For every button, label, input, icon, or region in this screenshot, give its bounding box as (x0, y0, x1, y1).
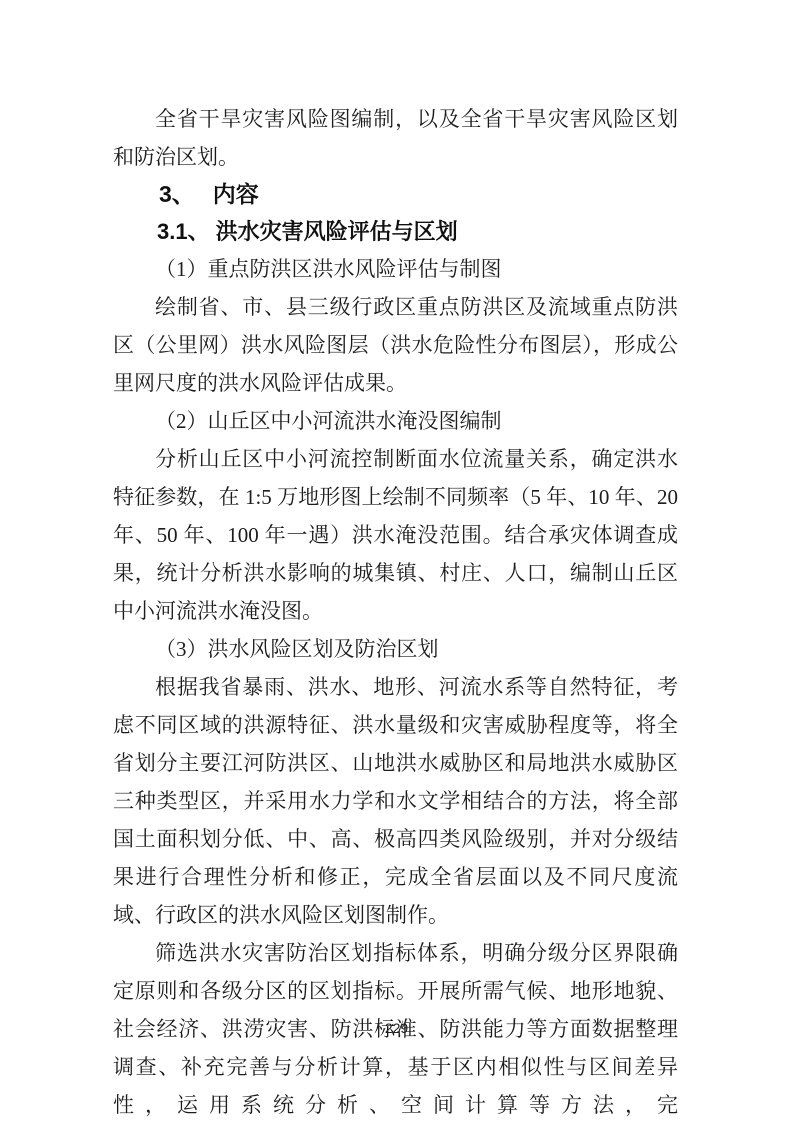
section-3-heading: 3、内容 (113, 176, 678, 213)
page-footer: 229 (0, 1020, 793, 1036)
item-2-paragraph: 分析山丘区中小河流控制断面水位流量关系，确定洪水特征参数，在 1:5 万地形图上… (113, 440, 678, 630)
item-3-paragraph-1: 根据我省暴雨、洪水、地形、河流水系等自然特征，考虑不同区域的洪源特征、洪水量级和… (113, 668, 678, 934)
section-3-heading-number: 3、 (159, 181, 195, 207)
item-1-caption: （1）重点防洪区洪水风险评估与制图 (113, 250, 678, 288)
section-3-1-heading: 3.1、洪水灾害风险评估与区划 (113, 213, 678, 250)
document-body: 全省干旱灾害风险图编制，以及全省干旱灾害风险区划和防治区划。 3、内容 3.1、… (113, 100, 678, 1122)
page-number: 229 (385, 1020, 408, 1036)
item-1-paragraph: 绘制省、市、县三级行政区重点防洪区及流域重点防洪区（公里网）洪水风险图层（洪水危… (113, 288, 678, 402)
section-3-1-heading-number: 3.1、 (157, 219, 210, 244)
item-2-caption: （2）山丘区中小河流洪水淹没图编制 (113, 402, 678, 440)
intro-paragraph: 全省干旱灾害风险图编制，以及全省干旱灾害风险区划和防治区划。 (113, 100, 678, 176)
section-3-heading-title: 内容 (213, 181, 259, 207)
item-3-caption: （3）洪水风险区划及防治区划 (113, 630, 678, 668)
document-page: 全省干旱灾害风险图编制，以及全省干旱灾害风险区划和防治区划。 3、内容 3.1、… (0, 0, 793, 1122)
section-3-1-heading-title: 洪水灾害风险评估与区划 (216, 219, 458, 244)
